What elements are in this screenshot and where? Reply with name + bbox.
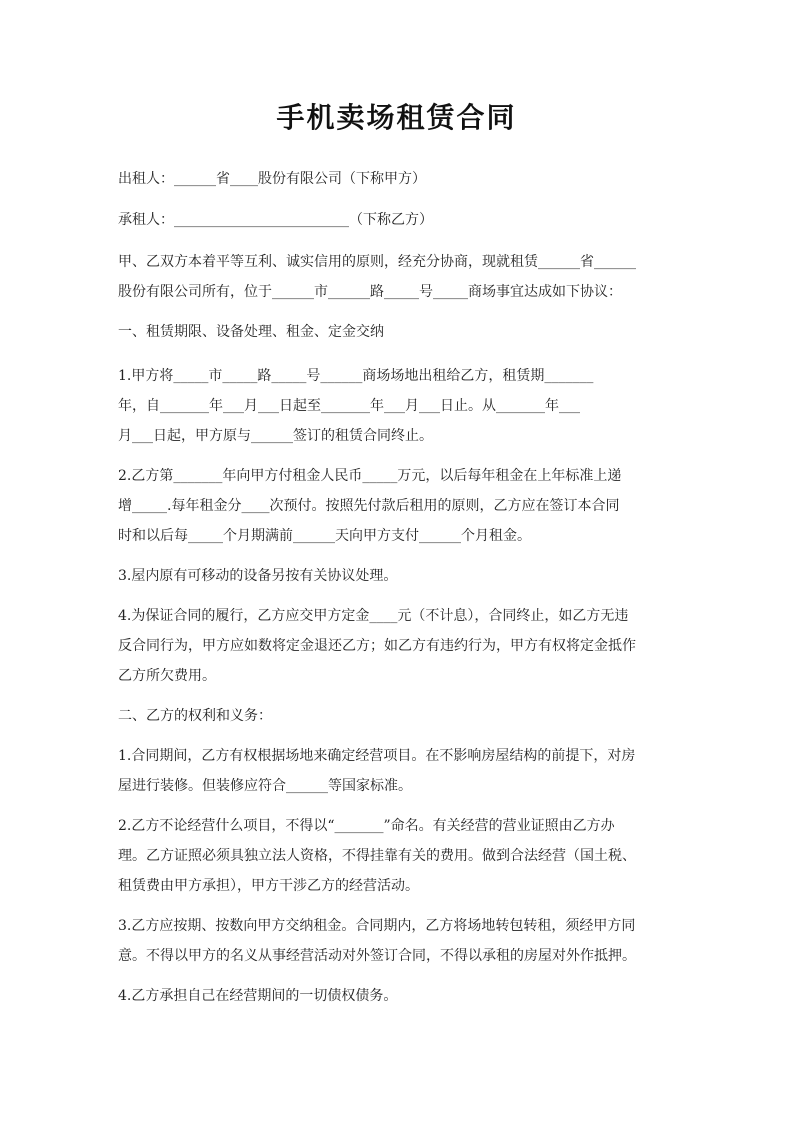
document-line: 租赁费由甲方承担），甲方干涉乙方的经营活动。: [118, 875, 419, 895]
document-line: 二、乙方的权利和义务：: [118, 705, 272, 725]
document-line: 1.合同期间，乙方有权根据场地来确定经营项目。在不影响房屋结构的前提下，对房: [118, 745, 635, 765]
document-line: 3.乙方应按期、按数向甲方交纳租金。合同期内，乙方将场地转包转租，须经甲方同: [118, 915, 635, 935]
document-line: 4.乙方承担自己在经营期间的一切债权债务。: [118, 985, 397, 1005]
document-line: 年，自_______年___月___日起至_______年___月___日止。从…: [118, 395, 580, 415]
document-title: 手机卖场租赁合同: [0, 96, 793, 136]
document-line: 2.乙方不论经营什么项目，不得以“_______”命名。有关经营的营业证照由乙方…: [118, 815, 615, 835]
document-line: 2.乙方第_______年向甲方付租金人民币_____万元，以后每年租金在上年标…: [118, 465, 621, 485]
document-line: 甲、乙双方本着平等互利、诚实信用的原则，经充分协商，现就租赁______省___…: [118, 251, 636, 271]
document-line: 3.屋内原有可移动的设备另按有关协议处理。: [118, 565, 397, 585]
document-line: 月___日起，甲方原与______签订的租赁合同终止。: [118, 425, 433, 445]
document-line: 反合同行为，甲方应如数将定金退还乙方；如乙方有违约行为，甲方有权将定金抵作: [118, 635, 636, 655]
document-line: 1.甲方将_____市_____路_____号______商场场地出租给乙方，租…: [118, 365, 593, 385]
document-line: 增_____.每年租金分____次预付。按照先付款后租用的原则，乙方应在签订本合…: [118, 495, 619, 515]
document-line: 屋进行装修。但装修应符合______等国家标准。: [118, 775, 412, 795]
document-line: 出租人：______省____股份有限公司（下称甲方）: [118, 168, 426, 188]
document-line: 理。乙方证照必须具独立法人资格，不得挂靠有关的费用。做到合法经营（国土税、: [118, 845, 636, 865]
document-line: 4.为保证合同的履行，乙方应交甲方定金____元（不计息），合同终止，如乙方无违: [118, 605, 628, 625]
document-line: 乙方所欠费用。: [118, 665, 216, 685]
document-line: 承租人：_________________________（下称乙方）: [118, 209, 433, 229]
document-line: 一、租赁期限、设备处理、租金、定金交纳: [118, 321, 384, 341]
document-line: 时和以后每_____个月期满前______天向甲方支付______个月租金。: [118, 525, 531, 545]
document-line: 股份有限公司所有，位于______市______路_____号_____商场事宜…: [118, 281, 622, 301]
document-line: 意。不得以甲方的名义从事经营活动对外签订合同，不得以承租的房屋对外作抵押。: [118, 945, 636, 965]
